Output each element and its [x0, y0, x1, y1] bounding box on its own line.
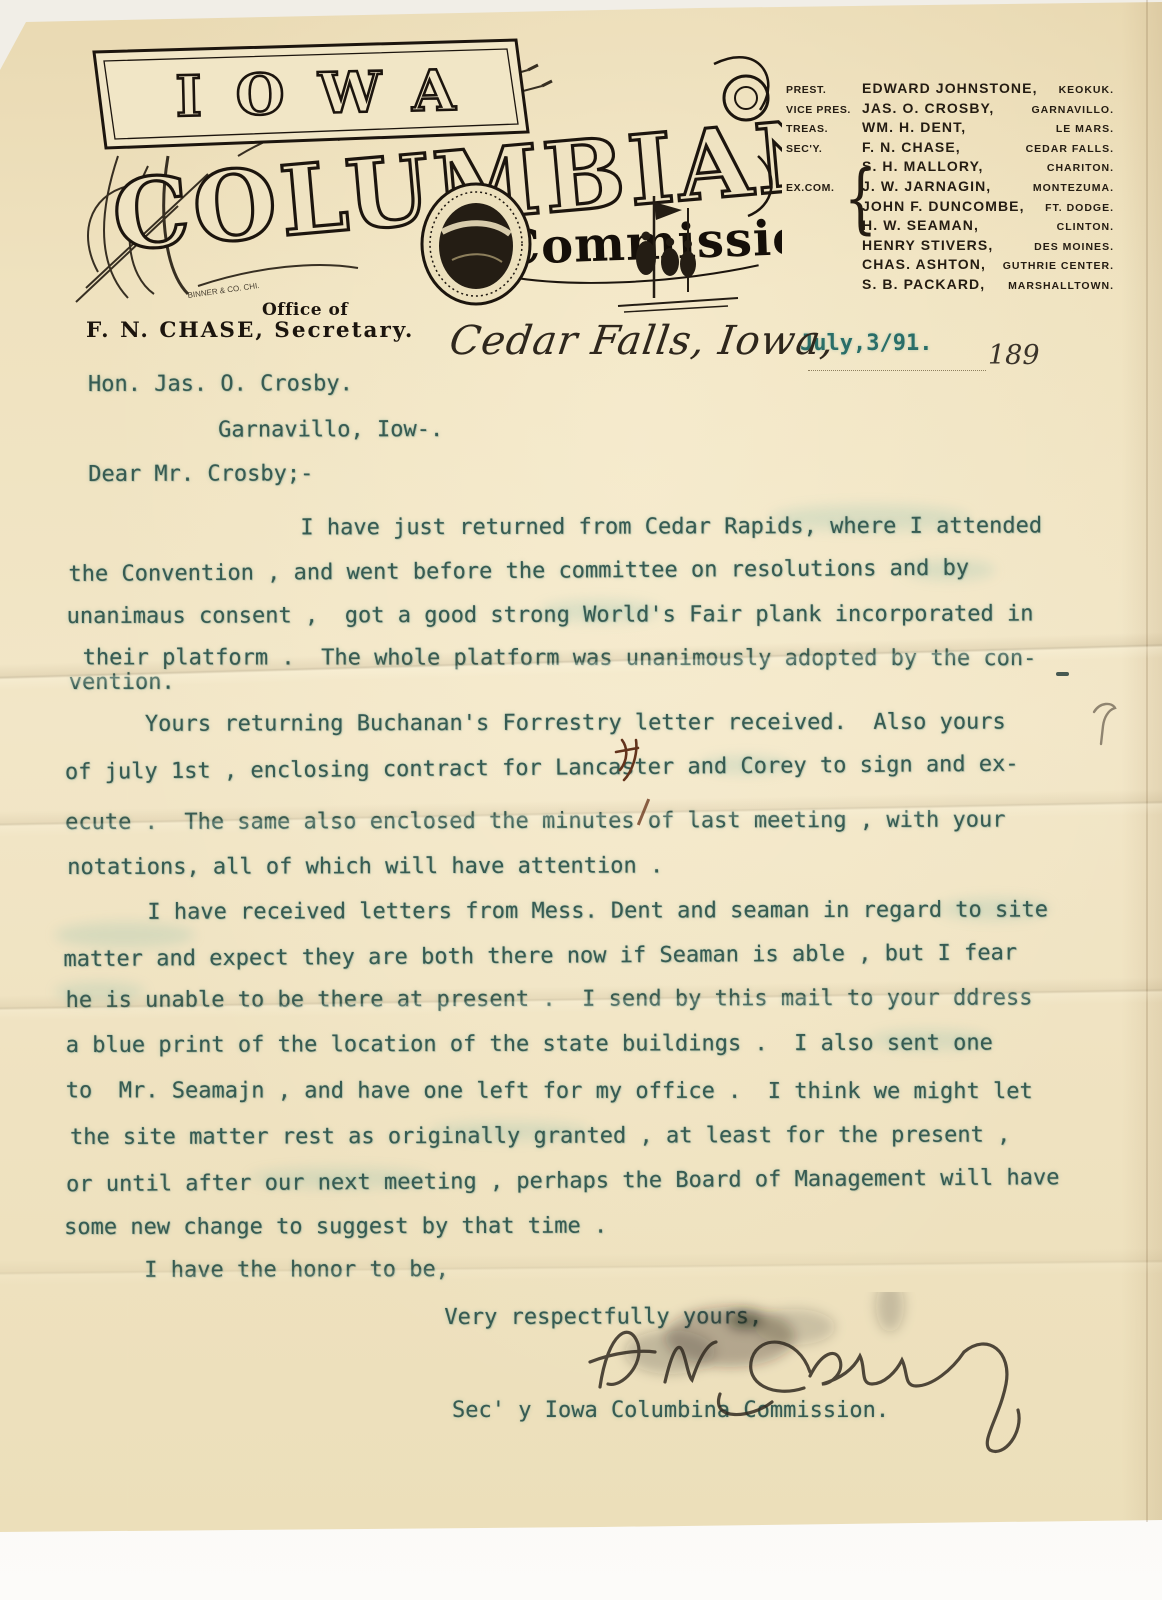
typed-line: the site matter rest as originally grant…	[70, 1123, 1010, 1150]
typed-line: unanimaus consent , got a good strong Wo…	[67, 602, 1034, 630]
typed-line: or until after our next meeting , perhap…	[66, 1165, 1060, 1197]
pen-correction-y	[612, 738, 648, 782]
typed-line: to Mr. Seamajn , and have one left for m…	[66, 1078, 1033, 1104]
typed-line: matter and expect they are both there no…	[63, 940, 1017, 972]
salutation-line: Dear Mr. Crosby;-	[88, 461, 313, 487]
typed-line: of july 1st , enclosing contract for Lan…	[65, 752, 1019, 785]
typed-line: I have just returned from Cedar Rapids, …	[300, 513, 1042, 540]
typed-line: their platform . The whole platform was …	[83, 645, 1037, 671]
typed-line: the Convention , and went before the com…	[68, 556, 969, 587]
ink-dash-mark	[1056, 672, 1069, 676]
typed-line: ecute . The same also enclosed the minut…	[65, 808, 1005, 835]
closing-honor-line: I have the honor to be,	[144, 1257, 449, 1283]
typed-line: notations, all of which will have attent…	[67, 853, 663, 880]
typed-line: he is unable to be there at present . I …	[66, 986, 1033, 1014]
signature	[560, 1292, 1050, 1467]
handwritten-place-date: Cedar Falls, Iowa,	[447, 318, 838, 364]
typed-line: some new change to suggest by that time …	[64, 1214, 607, 1240]
printed-year: 189	[988, 340, 1040, 371]
typed-line: a blue print of the location of the stat…	[66, 1031, 993, 1058]
typed-line: I have received letters from Mess. Dent …	[147, 897, 1048, 924]
pencil-mark	[1088, 698, 1128, 750]
typed-line: Yours returning Buchanan's Forrestry let…	[145, 710, 1006, 737]
typed-line: vention.	[69, 670, 175, 695]
recipient-line: Hon. Jas. O. Crosby.	[88, 371, 353, 397]
recipient-city: Garnavillo, Iow-.	[218, 417, 443, 443]
scanned-letter: IOWA COLUMBIAN Commission	[0, 0, 1162, 1600]
